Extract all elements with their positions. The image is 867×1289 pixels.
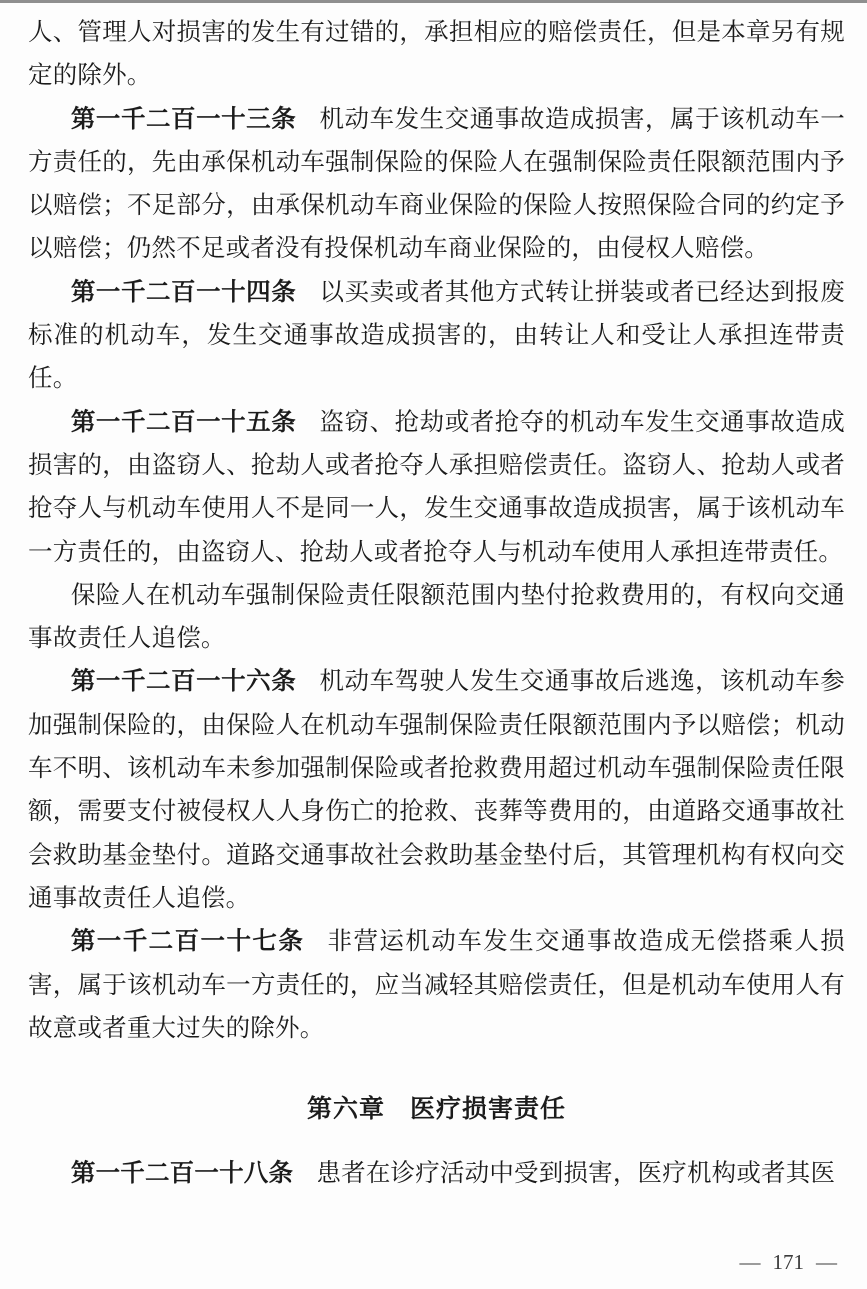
article-1215-number: 第一千二百一十五条 bbox=[71, 409, 296, 436]
article-1214-paragraph: 第一千二百一十四条以买卖或者其他方式转让拼装或者已经达到报废标准的机动车，发生交… bbox=[28, 271, 845, 401]
article-1217-number: 第一千二百一十七条 bbox=[71, 928, 304, 955]
article-1213-paragraph: 第一千二百一十三条机动车发生交通事故造成损害，属于该机动车一方责任的，先由承保机… bbox=[28, 98, 845, 271]
article-1217-paragraph: 第一千二百一十七条非营运机动车发生交通事故造成无偿搭乘人损害，属于该机动车一方责… bbox=[28, 920, 845, 1050]
chapter-heading: 第六章医疗损害责任 bbox=[28, 1088, 845, 1131]
text-area: 人、管理人对损害的发生有过错的，承担相应的赔偿责任，但是本章另有规定的除外。 第… bbox=[28, 11, 845, 1196]
article-1213-number: 第一千二百一十三条 bbox=[71, 106, 296, 133]
article-1215-paragraph-2: 保险人在机动车强制保险责任限额范围内垫付抢救费用的，有权向交通事故责任人追偿。 bbox=[28, 574, 845, 661]
chapter-title: 医疗损害责任 bbox=[410, 1095, 566, 1123]
book-page: 人、管理人对损害的发生有过错的，承担相应的赔偿责任，但是本章另有规定的除外。 第… bbox=[0, 0, 867, 1289]
page-number: —171— bbox=[734, 1250, 844, 1275]
paragraph-continuation: 人、管理人对损害的发生有过错的，承担相应的赔偿责任，但是本章另有规定的除外。 bbox=[28, 11, 845, 98]
article-1218-paragraph: 第一千二百一十八条患者在诊疗活动中受到损害，医疗机构或者其医 bbox=[28, 1152, 845, 1195]
article-1218-text: 患者在诊疗活动中受到损害，医疗机构或者其医 bbox=[316, 1160, 835, 1187]
page-number-dash-left: — bbox=[740, 1250, 761, 1274]
article-1216-text: 机动车驾驶人发生交通事故后逃逸，该机动车参加强制保险的，由保险人在机动车强制保险… bbox=[28, 668, 845, 911]
article-1216-number: 第一千二百一十六条 bbox=[71, 668, 296, 695]
chapter-number: 第六章 bbox=[307, 1095, 385, 1123]
article-1214-number: 第一千二百一十四条 bbox=[71, 279, 296, 306]
page-number-value: 171 bbox=[773, 1250, 805, 1274]
article-1215-paragraph: 第一千二百一十五条盗窃、抢劫或者抢夺的机动车发生交通事故造成损害的，由盗窃人、抢… bbox=[28, 401, 845, 574]
page-number-dash-right: — bbox=[816, 1250, 837, 1274]
scan-artifact-top-edge bbox=[0, 0, 867, 3]
article-1218-number: 第一千二百一十八条 bbox=[71, 1160, 293, 1187]
article-1216-paragraph: 第一千二百一十六条机动车驾驶人发生交通事故后逃逸，该机动车参加强制保险的，由保险… bbox=[28, 660, 845, 920]
